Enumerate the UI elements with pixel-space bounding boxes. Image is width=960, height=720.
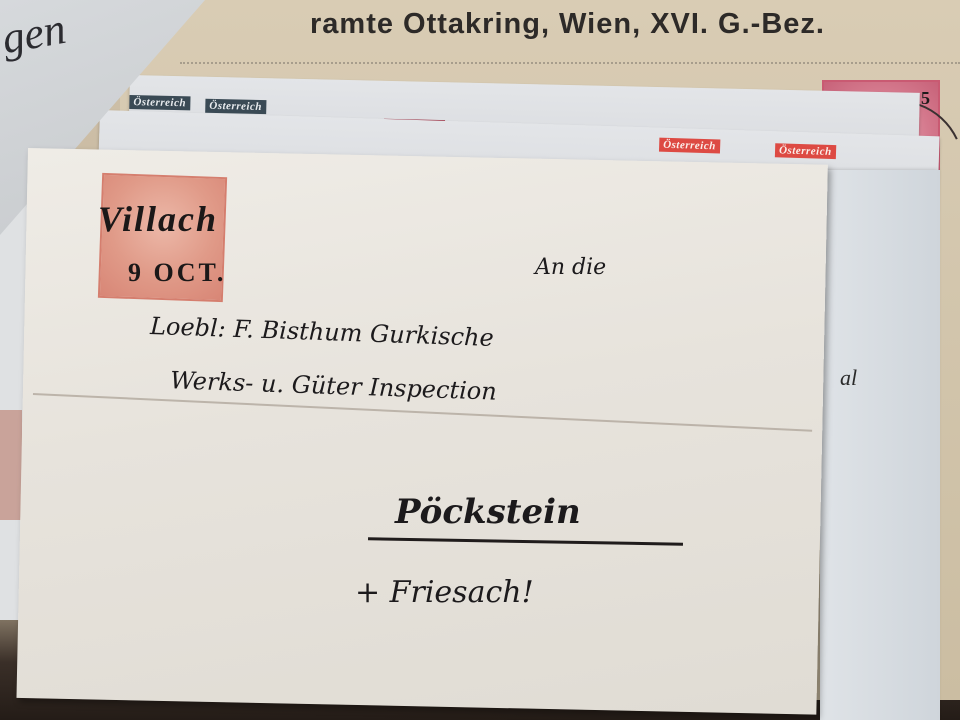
cancellation-date: 9 OCT. (128, 258, 226, 288)
address-town: Pöckstein (395, 492, 581, 532)
label-oesterreich: Österreich (659, 138, 720, 154)
label-oesterreich: Österreich (129, 95, 190, 110)
address-line-1: An die (535, 255, 606, 280)
handwriting-fragment: gen (0, 3, 69, 64)
address-postal-via: + Friesach! (355, 575, 534, 610)
cancellation-town: Villach (98, 198, 218, 240)
partial-stamp (0, 410, 22, 520)
printed-header: ramte Ottakring, Wien, XVI. G.-Bez. (310, 8, 825, 41)
handwriting-fragment: al (840, 365, 857, 391)
wavy-rule (180, 62, 960, 68)
label-oesterreich: Österreich (205, 99, 266, 114)
right-envelope: al (820, 170, 940, 720)
label-oesterreich: Österreich (775, 143, 836, 159)
